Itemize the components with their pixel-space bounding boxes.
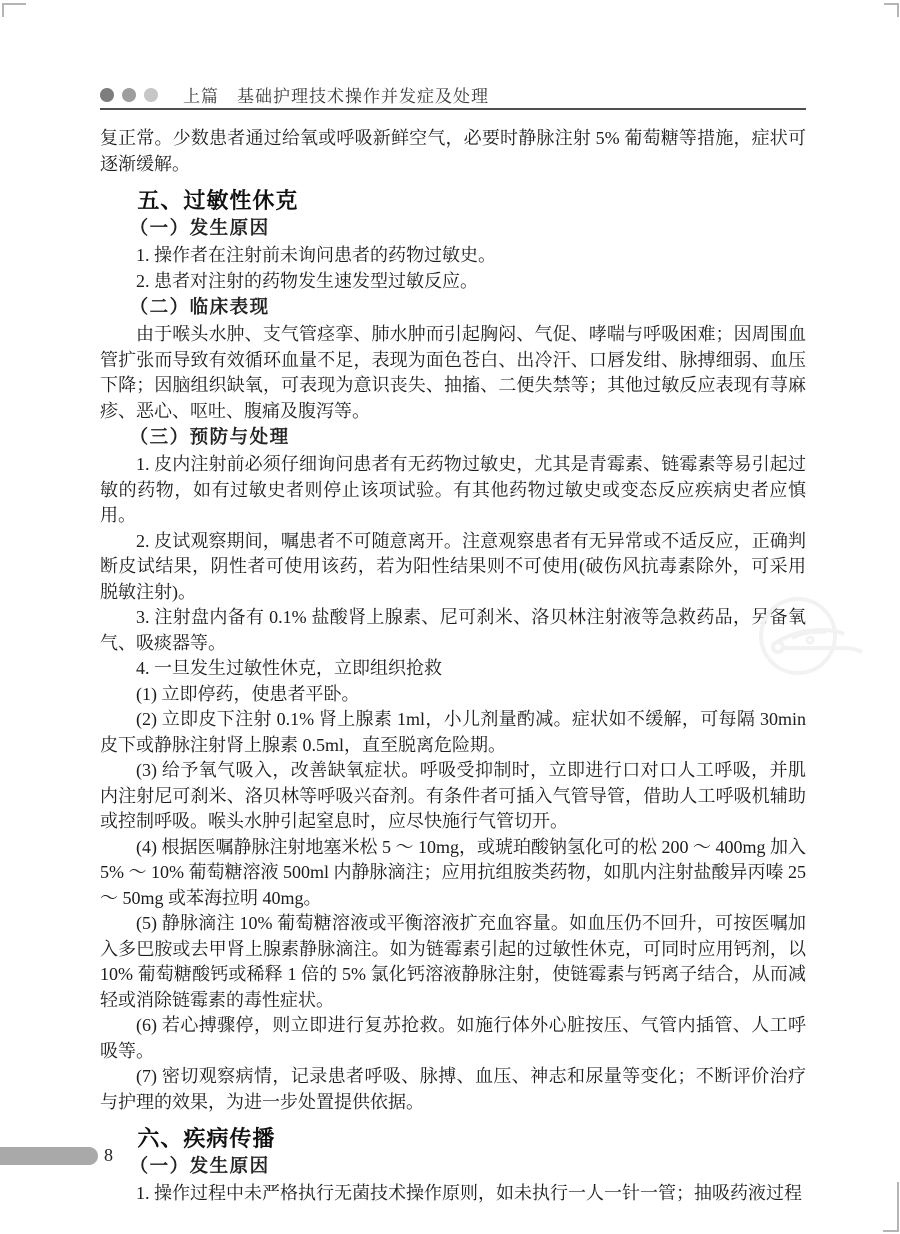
list-item: 2. 皮试观察期间，嘱患者不可随意离开。注意观察患者有无异常或不适反应，正确判断…	[100, 529, 806, 606]
list-item: 1. 操作者在注射前未询问患者的药物过敏史。	[100, 243, 806, 269]
sub-list-item: (4) 根据医嘱静脉注射地塞米松 5 ～ 10mg，或琥珀酸钠氢化可的松 200…	[100, 835, 806, 912]
page-corner-mark-bottom-right	[883, 1182, 899, 1232]
sub-list-item: (6) 若心搏骤停，则立即进行复苏抢救。如施行体外心脏按压、气管内插管、人工呼吸…	[100, 1013, 806, 1064]
page-corner-mark-top-right	[884, 3, 899, 17]
header-dots	[100, 88, 158, 102]
list-item: 1. 操作过程中未严格执行无菌技术操作原则，如未执行一人一针一管；抽吸药液过程	[100, 1181, 806, 1207]
footer-bar	[0, 1147, 98, 1165]
sub-list-item: (5) 静脉滴注 10% 葡萄糖溶液或平衡溶液扩充血容量。如血压仍不回升，可按医…	[100, 911, 806, 1013]
book-page: 上篇 基础护理技术操作并发症及处理 复正常。少数患者通过给氧或呼吸新鲜空气，必要…	[0, 0, 900, 1234]
header-dot-light-icon	[144, 88, 158, 102]
subsection-heading-clinical-manifestations: （二）临床表现	[100, 297, 806, 320]
sub-list-item: (3) 给予氧气吸入，改善缺氧症状。呼吸受抑制时，立即进行口对口人工呼吸，并肌内…	[100, 758, 806, 835]
paragraph-continuation: 复正常。少数患者通过给氧或呼吸新鲜空气，必要时静脉注射 5% 葡萄糖等措施，症状…	[100, 126, 806, 177]
section-heading-anaphylactic-shock: 五、过敏性休克	[100, 188, 806, 213]
subsection-heading-causes-2: （一）发生原因	[100, 1156, 806, 1179]
list-item: 2. 患者对注射的药物发生速发型过敏反应。	[100, 269, 806, 295]
sub-list-item: (7) 密切观察病情，记录患者呼吸、脉搏、血压、神志和尿量等变化；不断评价治疗与…	[100, 1064, 806, 1115]
sub-list-item: (2) 立即皮下注射 0.1% 肾上腺素 1ml，小儿剂量酌减。症状如不缓解，可…	[100, 707, 806, 758]
sub-list-item: (1) 立即停药，使患者平卧。	[100, 682, 806, 708]
subsection-heading-causes: （一）发生原因	[100, 218, 806, 241]
subsection-heading-prevention-treatment: （三）预防与处理	[100, 427, 806, 450]
header-rule	[100, 108, 806, 110]
header-dot-medium-icon	[122, 88, 136, 102]
publisher-logo-watermark-icon	[752, 588, 872, 688]
list-item: 1. 皮内注射前必须仔细询问患者有无药物过敏史，尤其是青霉素、链霉素等易引起过敏…	[100, 452, 806, 529]
running-header: 上篇 基础护理技术操作并发症及处理	[100, 82, 806, 107]
header-dot-dark-icon	[100, 88, 114, 102]
list-item: 4. 一旦发生过敏性休克，立即组织抢救	[100, 656, 806, 682]
section-heading-disease-transmission: 六、疾病传播	[100, 1126, 806, 1151]
page-number: 8	[104, 1145, 113, 1166]
list-item: 3. 注射盘内备有 0.1% 盐酸肾上腺素、尼可刹米、洛贝林注射液等急救药品，另…	[100, 605, 806, 656]
running-header-title: 上篇 基础护理技术操作并发症及处理	[183, 82, 489, 107]
paragraph: 由于喉头水肿、支气管痉挛、肺水肿而引起胸闷、气促、哮喘与呼吸困难；因周围血管扩张…	[100, 322, 806, 424]
page-body: 复正常。少数患者通过给氧或呼吸新鲜空气，必要时静脉注射 5% 葡萄糖等措施，症状…	[100, 120, 806, 1207]
page-corner-mark-top-left	[2, 3, 26, 17]
